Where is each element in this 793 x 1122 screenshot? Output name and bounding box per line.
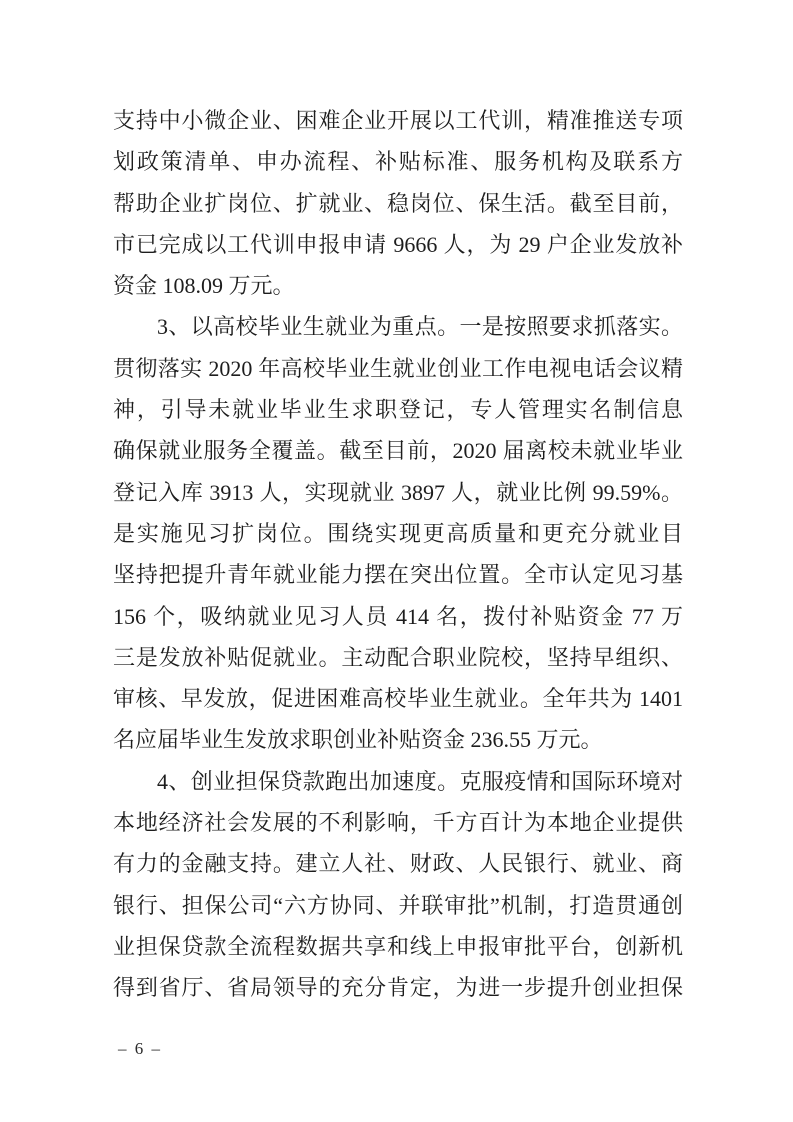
text-line: 本地经济社会发展的不利影响，千方百计为本地企业提供强 <box>113 802 683 843</box>
text-block: 支持中小微企业、困难企业开展以工代训，精准推送专项计 划政策清单、申办流程、补贴… <box>113 100 683 1009</box>
text-line: 审核、早发放，促进困难高校毕业生就业。全年共为 1401 <box>113 678 683 719</box>
text-line: 是实施见习扩岗位。围绕实现更高质量和更充分就业目标， <box>113 513 683 554</box>
text-line: 支持中小微企业、困难企业开展以工代训，精准推送专项计 <box>113 100 683 141</box>
page-number: – 6 – <box>118 1038 162 1060</box>
text-line: 三是发放补贴促就业。主动配合职业院校，坚持早组织、早 <box>113 637 683 678</box>
text-line: 神，引导未就业毕业生求职登记，专人管理实名制信息库， <box>113 389 683 430</box>
text-line: 帮助企业扩岗位、扩就业、稳岗位、保生活。截至目前，全 <box>113 183 683 224</box>
text-line: 坚持把提升青年就业能力摆在突出位置。全市认定见习基地 <box>113 554 683 595</box>
text-line: 4、创业担保贷款跑出加速度。克服疫情和国际环境对 <box>113 761 683 802</box>
text-line: 3、以高校毕业生就业为重点。一是按照要求抓落实。 <box>113 306 683 347</box>
text-line: 有力的金融支持。建立人社、财政、人民银行、就业、商业 <box>113 843 683 884</box>
text-line: 资金 108.09 万元。 <box>113 265 683 306</box>
text-line: 确保就业服务全覆盖。截至目前，2020 届离校未就业毕业生 <box>113 430 683 471</box>
text-line: 得到省厅、省局领导的充分肯定，为进一步提升创业担保贷 <box>113 967 683 1008</box>
text-line: 市已完成以工代训申报申请 9666 人，为 29 户企业发放补贴 <box>113 224 683 265</box>
text-line: 贯彻落实 2020 年高校毕业生就业创业工作电视电话会议精 <box>113 348 683 389</box>
text-line: 业担保贷款全流程数据共享和线上申报审批平台，创新机制 <box>113 926 683 967</box>
text-line: 登记入库 3913 人，实现就业 3897 人，就业比例 99.59%。二 <box>113 472 683 513</box>
document-page: 支持中小微企业、困难企业开展以工代训，精准推送专项计 划政策清单、申办流程、补贴… <box>0 0 793 1122</box>
text-line: 划政策清单、申办流程、补贴标准、服务机构及联系方式， <box>113 141 683 182</box>
text-line: 银行、担保公司“六方协同、并联审批”机制，打造贯通创 <box>113 885 683 926</box>
text-line: 名应届毕业生发放求职创业补贴资金 236.55 万元。 <box>113 719 683 760</box>
text-line: 156 个，吸纳就业见习人员 414 名，拨付补贴资金 77 万元。 <box>113 596 683 637</box>
